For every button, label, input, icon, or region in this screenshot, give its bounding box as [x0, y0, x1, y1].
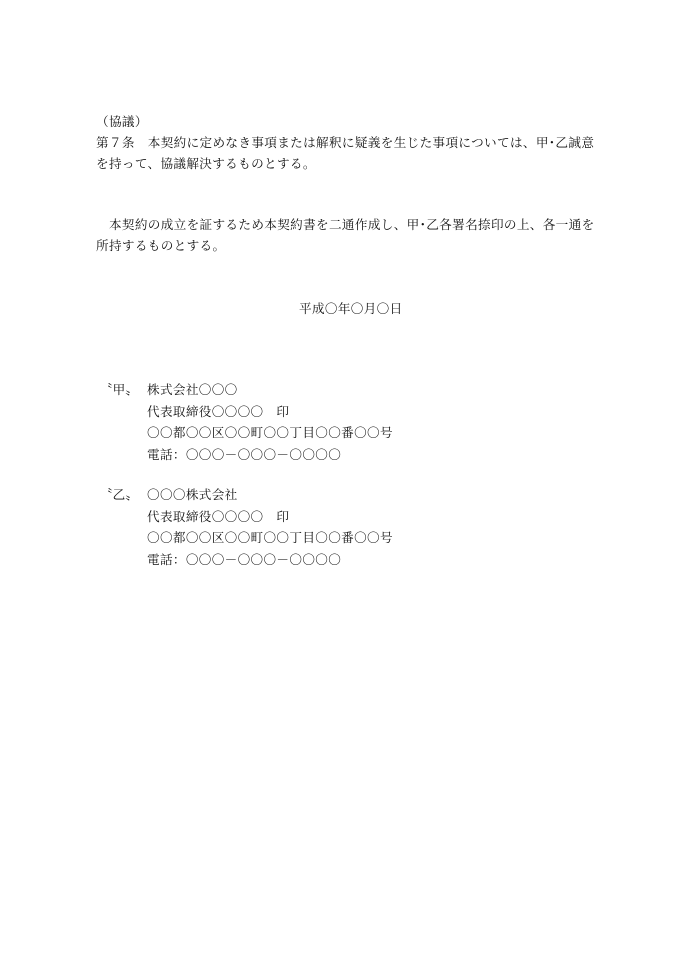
article-text-line-1: 第７条 本契約に定めなき事項または解釈に疑義を生じた事項については、甲･乙誠意	[96, 135, 594, 151]
party-a-phone: 電話：〇〇〇－〇〇〇－〇〇〇〇	[147, 447, 393, 469]
party-b-company: 〇〇〇株式会社	[147, 487, 393, 509]
party-a-company: 株式会社〇〇〇	[147, 382, 393, 404]
party-a-label: 〝甲〟	[100, 382, 138, 398]
party-b-label: 〝乙〟	[100, 487, 138, 503]
closing-text-line-1: 本契約の成立を証するため本契約書を二通作成し、甲･乙各署名捺印の上、各一通を	[96, 217, 595, 233]
party-a-address: 〇〇都〇〇区〇〇町〇〇丁目〇〇番〇〇号	[147, 425, 393, 447]
closing-text-line-2: 所持するものとする。	[96, 238, 225, 254]
party-a-representative: 代表取締役〇〇〇〇 印	[147, 404, 393, 426]
article-text-line-2: を持って、協議解決するものとする。	[96, 156, 316, 172]
party-a-block: 株式会社〇〇〇 代表取締役〇〇〇〇 印 〇〇都〇〇区〇〇町〇〇丁目〇〇番〇〇号 …	[147, 382, 393, 468]
party-b-representative: 代表取締役〇〇〇〇 印	[147, 509, 393, 531]
party-b-address: 〇〇都〇〇区〇〇町〇〇丁目〇〇番〇〇号	[147, 530, 393, 552]
article-heading: （協議）	[96, 114, 148, 130]
party-b-phone: 電話：〇〇〇－〇〇〇－〇〇〇〇	[147, 552, 393, 574]
document-page: （協議） 第７条 本契約に定めなき事項または解釈に疑義を生じた事項については、甲…	[0, 0, 680, 962]
contract-date: 平成〇年〇月〇日	[299, 301, 403, 317]
party-b-block: 〇〇〇株式会社 代表取締役〇〇〇〇 印 〇〇都〇〇区〇〇町〇〇丁目〇〇番〇〇号 …	[147, 487, 393, 573]
